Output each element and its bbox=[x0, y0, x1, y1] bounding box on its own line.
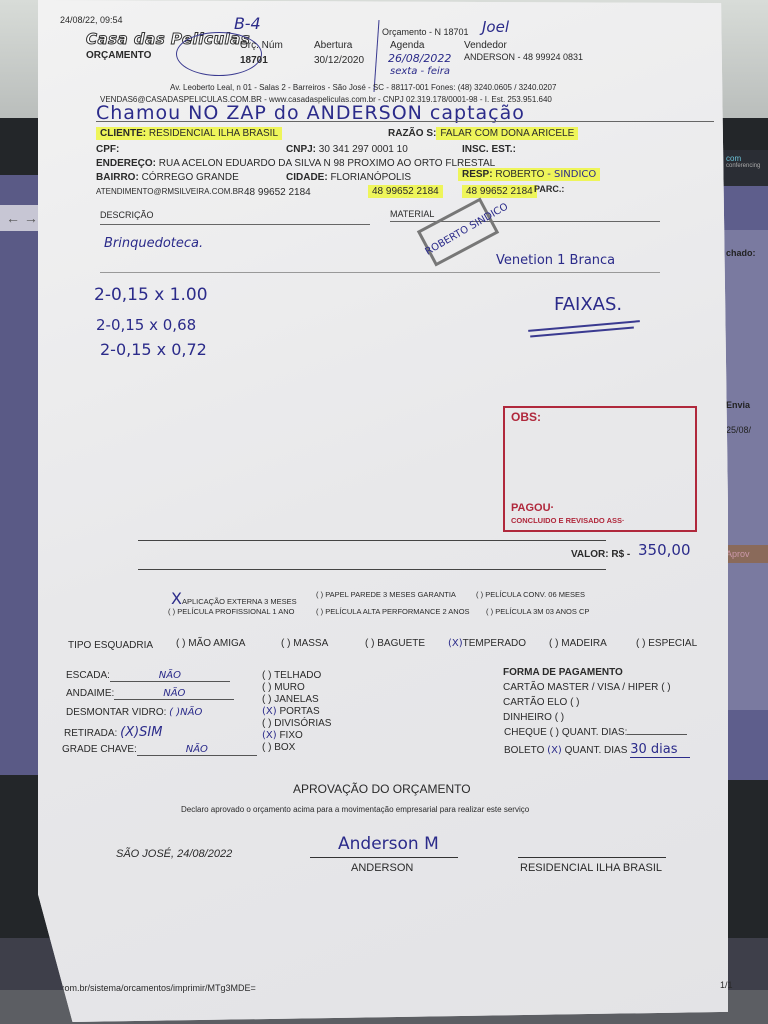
seller-label: Vendedor bbox=[464, 40, 507, 51]
concluido-label: CONCLUIDO E REVISADO ASS· bbox=[511, 516, 624, 525]
material-handwritten-2: FAIXAS. bbox=[554, 294, 622, 315]
handwritten-bracket bbox=[373, 20, 379, 92]
phone-2: 48 99652 2184 bbox=[368, 186, 443, 197]
opening-date: 30/12/2020 bbox=[314, 55, 364, 66]
approval-title: APROVAÇÃO DO ORÇAMENTO bbox=[293, 782, 471, 796]
payment-option[interactable]: CHEQUE ( ) QUANT. DIAS: bbox=[504, 727, 687, 738]
description-underline bbox=[100, 224, 370, 225]
service-option[interactable]: ( ) PELÍCULA ALTA PERFORMANCE 2 ANOS bbox=[316, 607, 470, 616]
payment-option[interactable]: DINHEIRO ( ) bbox=[503, 712, 564, 723]
place-date: SÃO JOSÉ, 24/08/2022 bbox=[116, 848, 232, 860]
signature-line-2 bbox=[518, 857, 666, 858]
location-option[interactable]: ( ) TELHADO bbox=[262, 670, 321, 681]
condition-escada: ESCADA:NÃO bbox=[66, 670, 230, 682]
budget-document: 24/08/22, 09:54 Casa das Peliculas ORÇAM… bbox=[38, 0, 728, 1022]
divider bbox=[100, 272, 660, 273]
insc-label: INSC. EST.: bbox=[462, 144, 516, 155]
description-label: DESCRIÇÃO bbox=[100, 210, 154, 220]
payment-option[interactable]: BOLETO (X) QUANT. DIAS 30 dias bbox=[504, 742, 690, 758]
divider bbox=[138, 540, 606, 541]
seller-value: ANDERSON - 48 99924 0831 bbox=[464, 52, 583, 62]
divider bbox=[138, 569, 606, 570]
doc-type: ORÇAMENTO bbox=[86, 50, 151, 61]
obs-label: OBS: bbox=[511, 410, 541, 424]
esquadria-option[interactable]: ( ) MÃO AMIGA bbox=[176, 638, 245, 649]
condition-retirada: RETIRADA: (X)SIM bbox=[64, 725, 162, 740]
screen-header-text: com bbox=[726, 154, 764, 163]
screen-label-enviado: Envia bbox=[726, 400, 750, 410]
client-email: ATENDIMENTO@RMSILVEIRA.COM.BR bbox=[96, 187, 244, 196]
location-option[interactable]: ( ) JANELAS bbox=[262, 694, 319, 705]
client-field: CLIENTE: RESIDENCIAL ILHA BRASIL bbox=[96, 128, 282, 139]
cnpj-field: CNPJ: 30 341 297 0001 10 bbox=[286, 144, 408, 155]
signature-line-1 bbox=[310, 857, 458, 858]
approval-text: Declaro aprovado o orçamento acima para … bbox=[181, 805, 529, 814]
esquadria-option[interactable]: ( ) MASSA bbox=[281, 638, 328, 649]
page-indicator: 1/1 bbox=[720, 980, 733, 990]
condition-andaime: ANDAIME:NÃO bbox=[66, 688, 234, 700]
screen-label-chado: chado: bbox=[726, 248, 756, 258]
location-option[interactable]: ( ) MURO bbox=[262, 682, 305, 693]
schedule-label: Agenda bbox=[390, 40, 424, 51]
divider bbox=[96, 121, 714, 122]
background-screen-left: ← → bbox=[0, 175, 40, 775]
signer-2: RESIDENCIAL ILHA BRASIL bbox=[520, 862, 662, 874]
condition-grade-chave: GRADE CHAVE:NÃO bbox=[62, 744, 257, 756]
service-option[interactable]: XAPLICAÇÃO EXTERNA 3 MESES bbox=[171, 589, 297, 608]
screen-header: com conferencing bbox=[722, 150, 768, 186]
print-timestamp: 24/08/22, 09:54 bbox=[60, 15, 123, 25]
material-underline bbox=[390, 221, 660, 222]
payment-title: FORMA DE PAGAMENTO bbox=[503, 667, 623, 678]
signature-handwritten: Anderson M bbox=[338, 834, 439, 854]
location-option[interactable]: (X) PORTAS bbox=[262, 706, 320, 717]
handwritten-top-note: B-4 bbox=[234, 14, 261, 33]
material-label: MATERIAL bbox=[390, 209, 434, 219]
browser-nav-arrows: ← → bbox=[0, 205, 40, 231]
pagou-label: PAGOU· bbox=[511, 502, 554, 514]
obs-box: OBS: PAGOU· CONCLUIDO E REVISADO ASS· bbox=[503, 406, 697, 532]
description-handwritten: Brinquedoteca. bbox=[104, 236, 203, 251]
screen-header-subtext: conferencing bbox=[726, 163, 764, 169]
bairro-field: BAIRRO: CÓRREGO GRANDE bbox=[96, 172, 239, 183]
location-option[interactable]: (X) FIXO bbox=[262, 730, 303, 741]
budget-number: 18701 bbox=[240, 55, 268, 66]
measurement-1: 2-0,15 x 1.00 bbox=[94, 285, 208, 305]
underline-mark bbox=[528, 320, 640, 331]
schedule-weekday-handwritten: sexta - feira bbox=[390, 66, 450, 77]
company-address: Av. Leoberto Leal, n 01 - Salas 2 - Barr… bbox=[170, 83, 556, 92]
payment-option[interactable]: CARTÃO ELO ( ) bbox=[503, 697, 580, 708]
esquadria-label: TIPO ESQUADRIA bbox=[68, 640, 153, 651]
service-option[interactable]: ( ) PELÍCULA PROFISSIONAL 1 ANO bbox=[168, 607, 294, 616]
phone-3: 48 99652 2184 bbox=[462, 186, 537, 197]
esquadria-option[interactable]: (X)TEMPERADO bbox=[448, 638, 526, 649]
payment-option[interactable]: CARTÃO MASTER / VISA / HIPER ( ) bbox=[503, 682, 671, 693]
valor-handwritten: 350,00 bbox=[638, 541, 691, 559]
cidade-field: CIDADE: FLORIANÓPOLIS bbox=[286, 172, 411, 183]
condition-desmontar: DESMONTAR VIDRO: ( )NÃO bbox=[66, 707, 202, 718]
valor-label: VALOR: R$ - bbox=[571, 549, 630, 560]
cpf-label: CPF: bbox=[96, 144, 119, 155]
opening-label: Abertura bbox=[314, 40, 352, 51]
seller-handwritten-note: Joel bbox=[482, 18, 509, 36]
service-option[interactable]: ( ) PELÍCULA 3M 03 ANOS CP bbox=[486, 607, 589, 616]
razao-field: RAZÃO S:FALAR COM DONA ARICELE bbox=[388, 128, 578, 139]
location-option[interactable]: ( ) DIVISÓRIAS bbox=[262, 718, 331, 729]
schedule-date-handwritten: 26/08/2022 bbox=[388, 52, 451, 65]
resp-field: RESP: ROBERTO - SINDICO bbox=[458, 169, 600, 180]
handwritten-circle bbox=[176, 32, 262, 76]
phone-1: 48 99652 2184 bbox=[244, 187, 311, 198]
esquadria-option[interactable]: ( ) BAGUETE bbox=[365, 638, 425, 649]
parc-label: PARC.: bbox=[534, 184, 564, 194]
location-option[interactable]: ( ) BOX bbox=[262, 742, 295, 753]
service-option[interactable]: ( ) PELÍCULA CONV. 06 MESES bbox=[476, 590, 585, 599]
screen-panel bbox=[722, 230, 768, 710]
budget-number-label: Orç. Núm bbox=[240, 40, 283, 51]
esquadria-option[interactable]: ( ) MADEIRA bbox=[549, 638, 607, 649]
measurement-2: 2-0,15 x 0,68 bbox=[96, 316, 196, 334]
service-option[interactable]: ( ) PAPEL PAREDE 3 MESES GARANTIA bbox=[316, 590, 456, 599]
esquadria-option[interactable]: ( ) ESPECIAL bbox=[636, 638, 697, 649]
measurement-3: 2-0,15 x 0,72 bbox=[100, 340, 207, 359]
address-field: ENDEREÇO: RUA ACELON EDUARDO DA SILVA N … bbox=[96, 158, 495, 169]
screen-date: 25/08/ bbox=[726, 425, 751, 435]
background-screen-right: com conferencing chado: Envia 25/08/ Apr… bbox=[722, 150, 768, 780]
ref-title: Orçamento - N 18701 bbox=[382, 27, 469, 37]
signer-1: ANDERSON bbox=[351, 862, 413, 874]
screen-approve-button: Aprov bbox=[722, 545, 768, 563]
material-handwritten: Venetion 1 Branca bbox=[496, 253, 615, 268]
